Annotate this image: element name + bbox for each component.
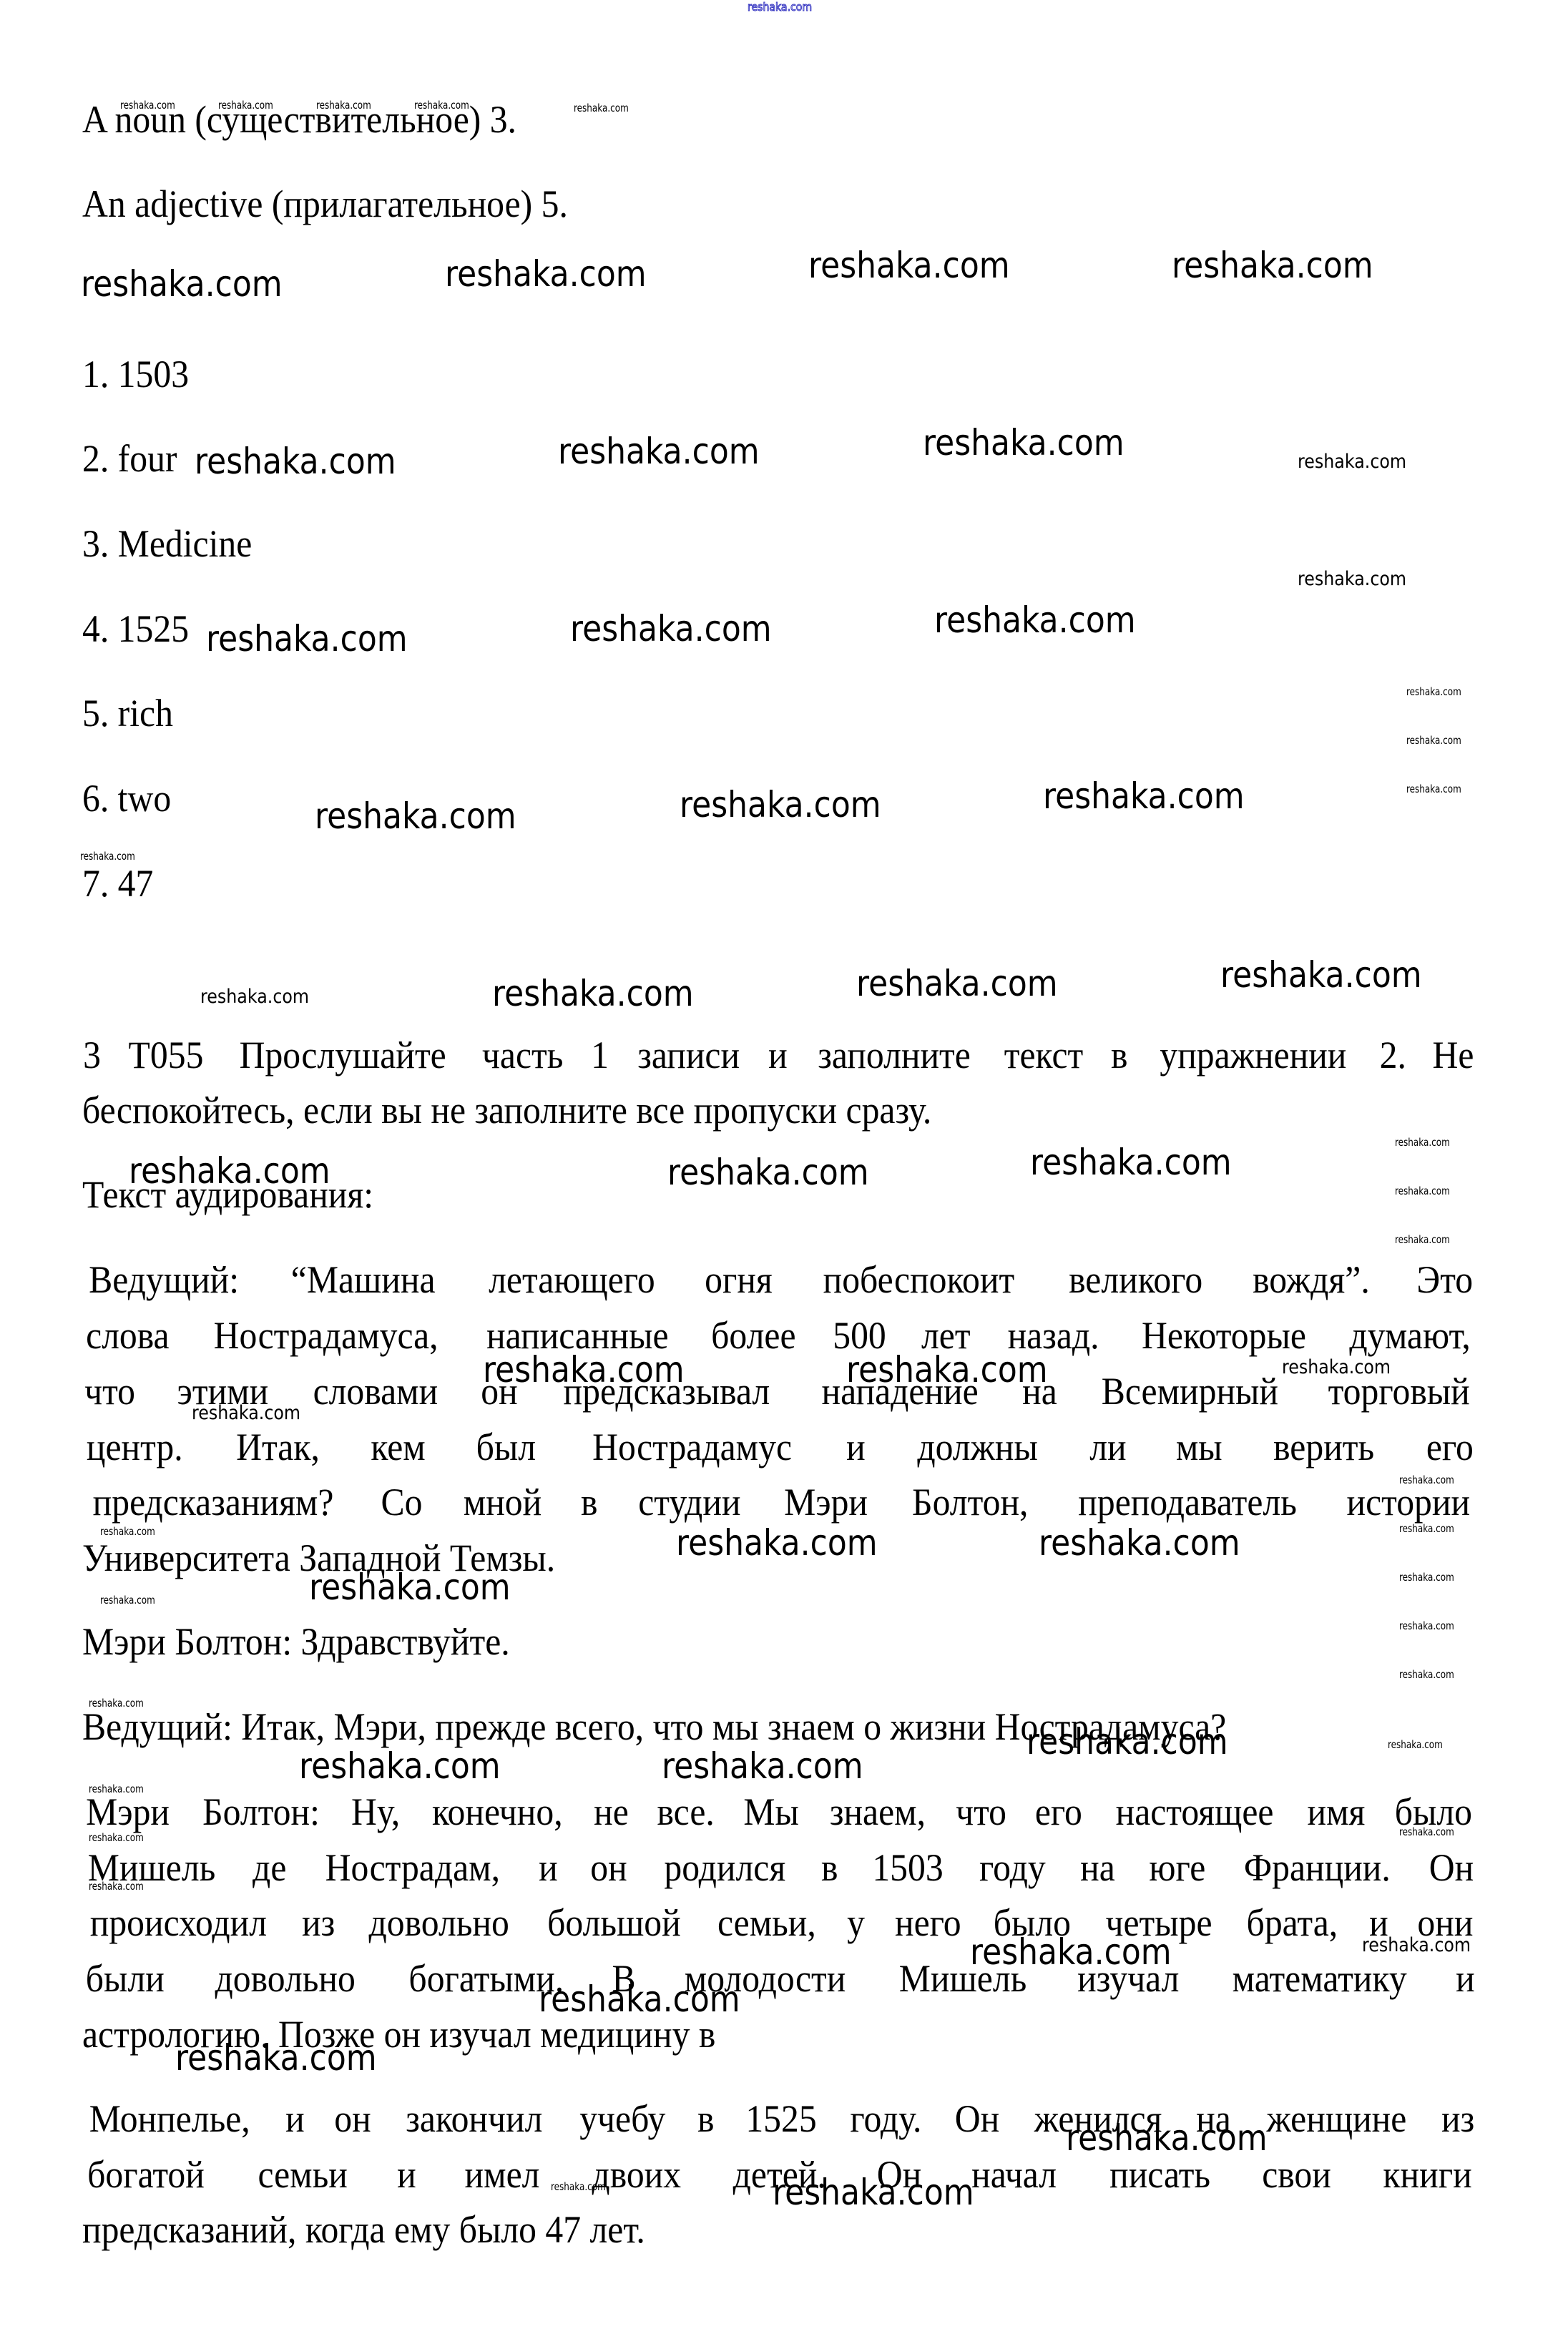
word: Болтон, <box>912 1483 1028 1521</box>
word: из <box>302 1903 335 1942</box>
word: родился <box>664 1848 785 1887</box>
word: текст <box>1004 1036 1083 1074</box>
watermark: reshaka.com <box>175 2040 377 2076</box>
word: побеспокоит <box>823 1260 1015 1299</box>
word: юге <box>1149 1848 1205 1887</box>
watermark: reshaka.com <box>299 1748 501 1784</box>
watermark: reshaka.com <box>1395 1137 1450 1148</box>
word: записи <box>637 1036 740 1074</box>
watermark: reshaka.com <box>662 1748 863 1784</box>
word: и <box>539 1848 558 1887</box>
watermark: reshaka.com <box>1043 778 1245 814</box>
watermark: reshaka.com <box>89 1784 144 1795</box>
watermark: reshaka.com <box>808 247 1010 283</box>
watermark: reshaka.com <box>1388 1740 1443 1750</box>
word: и <box>768 1036 788 1074</box>
word: должны <box>917 1428 1038 1466</box>
word: закончил <box>406 2099 543 2138</box>
word: женщине <box>1266 2099 1406 2138</box>
watermark: reshaka.com <box>558 433 760 469</box>
watermark: reshaka.com <box>1066 2120 1268 2156</box>
site-watermark-top: reshaka.com <box>748 1 812 13</box>
word: Некоторые <box>1142 1316 1306 1355</box>
watermark: reshaka.com <box>483 1352 685 1388</box>
word: Не <box>1433 1036 1474 1074</box>
watermark: reshaka.com <box>1399 1572 1454 1583</box>
adjective-line: An adjective (прилагательное) 5. <box>82 185 568 223</box>
word: 2. <box>1379 1036 1406 1074</box>
word: вождя”. <box>1253 1260 1370 1299</box>
watermark: reshaka.com <box>680 787 881 823</box>
word: году <box>979 1848 1046 1887</box>
word: огня <box>705 1260 773 1299</box>
word: и <box>397 2155 416 2194</box>
word: Франции. <box>1244 1848 1391 1887</box>
word: Это <box>1417 1260 1474 1299</box>
transcript-line: МэриБолтон:Ну,конечно,невсе.Мызнаем,чтое… <box>82 1793 1476 1831</box>
word: Всемирный <box>1102 1372 1278 1411</box>
word: в <box>1111 1036 1127 1074</box>
word: Мэри <box>86 1793 170 1831</box>
transcript-line: МишельдеНострадам,ионродилсяв1503годунаю… <box>82 1848 1476 1887</box>
word: семьи <box>258 2155 348 2194</box>
word: Болтон: <box>202 1793 320 1831</box>
watermark: reshaka.com <box>773 2174 974 2210</box>
word: 1503 <box>872 1848 943 1887</box>
transcript-line: Ведущий:“Машиналетающегоогняпобеспокоитв… <box>82 1260 1476 1299</box>
transcript-line: происходилиздовольнобольшойсемьи,унегобы… <box>82 1903 1476 1942</box>
word: были <box>86 1959 165 1998</box>
watermark: reshaka.com <box>1298 452 1406 471</box>
word: он <box>590 1848 627 1887</box>
word: году. <box>851 2099 922 2138</box>
watermark: reshaka.com <box>89 1833 144 1843</box>
word: Мэри <box>784 1483 868 1521</box>
watermark: reshaka.com <box>1282 1358 1391 1377</box>
word: настоящее <box>1115 1793 1273 1831</box>
watermark: reshaka.com <box>846 1352 1048 1388</box>
transcript-line: Мэри Болтон: Здравствуйте. <box>82 1622 510 1661</box>
word: математику <box>1232 1959 1406 1998</box>
transcript-line: предсказаний, когда ему было 47 лет. <box>82 2210 645 2249</box>
word: Нострадам, <box>325 1848 500 1887</box>
word: на <box>1080 1848 1115 1887</box>
watermark: reshaka.com <box>195 443 396 479</box>
watermark: reshaka.com <box>1220 957 1422 993</box>
word: что <box>956 1793 1006 1831</box>
word: мной <box>464 1483 542 1521</box>
word: словами <box>313 1372 438 1411</box>
watermark: reshaka.com <box>129 1153 330 1189</box>
answer-item: 5. rich <box>82 694 173 732</box>
word: семьи, <box>717 1903 816 1942</box>
watermark: reshaka.com <box>1406 784 1461 795</box>
task-line-1: 3T055Прослушайтечасть1записиизаполнитете… <box>82 1036 1476 1074</box>
watermark: reshaka.com <box>1362 1936 1471 1955</box>
task-line-2: беспокойтесь, если вы не заполните все п… <box>82 1091 931 1129</box>
word: у <box>847 1903 865 1942</box>
watermark: reshaka.com <box>89 1698 144 1709</box>
word: T055 <box>128 1036 203 1074</box>
transcript-line: предсказаниям?СомнойвстудииМэриБолтон,пр… <box>82 1483 1476 1521</box>
watermark: reshaka.com <box>1399 1669 1454 1680</box>
word: Он <box>1429 1848 1474 1887</box>
word: Нострадамус <box>592 1428 792 1466</box>
word: 3 <box>83 1036 101 1074</box>
transcript-line: словаНострадамуса,написанныеболее500летн… <box>82 1316 1476 1355</box>
word: летающего <box>489 1260 655 1299</box>
word: имя <box>1307 1793 1365 1831</box>
watermark: reshaka.com <box>1399 1827 1454 1838</box>
word: довольно <box>369 1903 509 1942</box>
word: думают, <box>1349 1316 1470 1355</box>
watermark: reshaka.com <box>923 425 1124 461</box>
watermark: reshaka.com <box>1399 1475 1454 1486</box>
watermark: reshaka.com <box>1026 1724 1228 1760</box>
answer-item: 4. 1525 <box>82 609 189 648</box>
word: мы <box>1175 1428 1222 1466</box>
watermark: reshaka.com <box>574 103 629 114</box>
word: и <box>285 2099 305 2138</box>
word: Мы <box>743 1793 799 1831</box>
watermark: reshaka.com <box>1406 687 1461 697</box>
word: Итак, <box>236 1428 320 1466</box>
word: и <box>847 1428 866 1466</box>
word: знаем, <box>830 1793 926 1831</box>
word: имел <box>465 2155 540 2194</box>
word: студии <box>638 1483 740 1521</box>
watermark: reshaka.com <box>1298 569 1406 589</box>
word: богатой <box>87 2155 205 2194</box>
watermark: reshaka.com <box>100 1526 155 1537</box>
word: 1525 <box>745 2099 816 2138</box>
watermark: reshaka.com <box>856 966 1058 1001</box>
word: в <box>697 2099 714 2138</box>
watermark: reshaka.com <box>970 1934 1172 1970</box>
word: великого <box>1069 1260 1202 1299</box>
word: “Машина <box>291 1260 436 1299</box>
word: предсказаниям? <box>93 1483 334 1521</box>
watermark: reshaka.com <box>89 1881 144 1892</box>
watermark: reshaka.com <box>1399 1524 1454 1534</box>
word: начал <box>971 2155 1057 2194</box>
watermark: reshaka.com <box>316 100 371 111</box>
word: из <box>1441 2099 1474 2138</box>
watermark: reshaka.com <box>1030 1144 1232 1180</box>
word: заполните <box>818 1036 971 1074</box>
word: верить <box>1274 1428 1375 1466</box>
word: свои <box>1263 2155 1332 2194</box>
word: центр. <box>87 1428 183 1466</box>
word: брата, <box>1247 1903 1338 1942</box>
word: более <box>711 1316 795 1355</box>
word: Монпелье, <box>89 2099 250 2138</box>
word: что <box>84 1372 135 1411</box>
word: Ведущий: <box>89 1260 239 1299</box>
watermark: reshaka.com <box>200 987 309 1006</box>
transcript-line: былидовольнобогатыми.ВмолодостиМишельизу… <box>82 1959 1476 1998</box>
watermark: reshaka.com <box>492 976 694 1011</box>
watermark: reshaka.com <box>1395 1235 1450 1245</box>
word: происходил <box>90 1903 267 1942</box>
watermark: reshaka.com <box>120 100 175 111</box>
word: писать <box>1109 2155 1210 2194</box>
word: Он <box>954 2099 999 2138</box>
word: довольно <box>215 1959 355 1998</box>
word: преподаватель <box>1078 1483 1297 1521</box>
watermark: reshaka.com <box>1399 1621 1454 1632</box>
word: был <box>476 1428 535 1466</box>
watermark: reshaka.com <box>206 621 408 657</box>
word: учебу <box>580 2099 666 2138</box>
word: и <box>1456 1959 1475 1998</box>
word: его <box>1035 1793 1082 1831</box>
watermark: reshaka.com <box>676 1525 878 1561</box>
watermark: reshaka.com <box>192 1403 300 1423</box>
word: конечно, <box>432 1793 563 1831</box>
word: его <box>1426 1428 1474 1466</box>
word: него <box>895 1903 961 1942</box>
answer-item: 2. four <box>82 439 177 478</box>
word: Ну, <box>351 1793 400 1831</box>
word: Со <box>381 1483 423 1521</box>
word: 1 <box>591 1036 609 1074</box>
word: часть <box>482 1036 563 1074</box>
word: большой <box>547 1903 681 1942</box>
watermark: reshaka.com <box>309 1569 511 1605</box>
word: в <box>821 1848 838 1887</box>
word: ли <box>1090 1428 1127 1466</box>
word: не <box>594 1793 629 1831</box>
watermark: reshaka.com <box>539 1981 740 2017</box>
word: Прослушайте <box>239 1036 446 1074</box>
watermark: reshaka.com <box>570 611 772 647</box>
word: упражнении <box>1160 1036 1347 1074</box>
transcript-line: центр.Итак,кембылНострадамусидолжнылимыв… <box>82 1428 1476 1466</box>
word: слова <box>86 1316 170 1355</box>
answer-item: 1. 1503 <box>82 355 189 393</box>
word: де <box>253 1848 286 1887</box>
answer-item: 6. two <box>82 779 171 818</box>
word: все. <box>657 1793 714 1831</box>
watermark: reshaka.com <box>414 100 469 111</box>
answer-item: 7. 47 <box>82 864 153 903</box>
watermark: reshaka.com <box>81 266 283 302</box>
watermark: reshaka.com <box>100 1595 155 1606</box>
watermark: reshaka.com <box>1172 247 1373 283</box>
watermark: reshaka.com <box>218 100 273 111</box>
word: в <box>581 1483 597 1521</box>
watermark: reshaka.com <box>1395 1186 1450 1197</box>
answer-item: 3. Medicine <box>82 524 252 563</box>
word: истории <box>1347 1483 1471 1521</box>
watermark: reshaka.com <box>667 1154 869 1190</box>
watermark: reshaka.com <box>315 798 516 834</box>
word: кем <box>371 1428 426 1466</box>
watermark: reshaka.com <box>1039 1525 1240 1561</box>
word: Нострадамуса, <box>214 1316 438 1355</box>
watermark: reshaka.com <box>80 851 135 862</box>
watermark: reshaka.com <box>934 602 1136 638</box>
watermark: reshaka.com <box>1406 735 1461 746</box>
watermark: reshaka.com <box>445 256 647 292</box>
word: книги <box>1383 2155 1471 2194</box>
watermark: reshaka.com <box>551 2182 606 2192</box>
word: он <box>334 2099 371 2138</box>
